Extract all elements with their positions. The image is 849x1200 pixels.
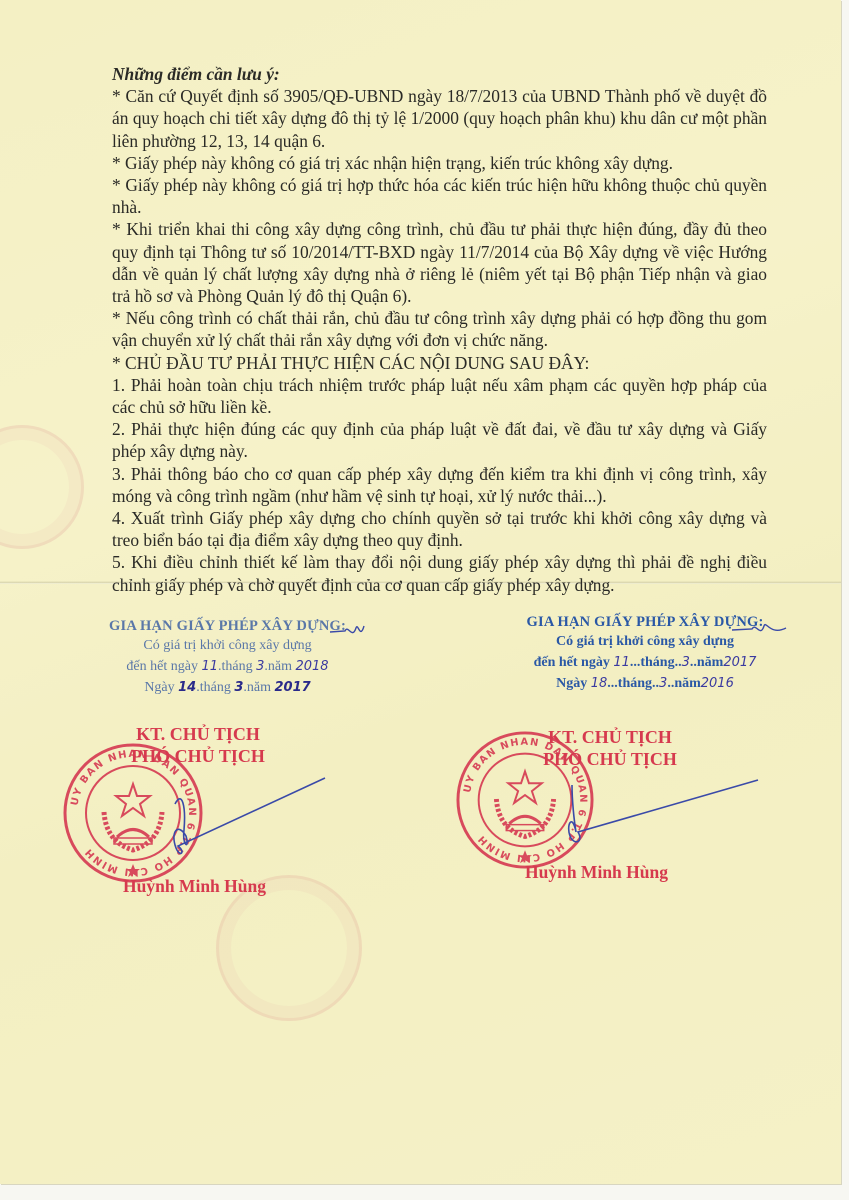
signer-title-line1: KT. CHỦ TỊCH: [520, 726, 700, 748]
date-prefix: Ngày: [556, 676, 587, 691]
month-label: ...tháng..: [630, 655, 682, 670]
requirement-item: 5. Khi điều chỉnh thiết kế làm thay đổi …: [112, 551, 767, 595]
handwritten-day: 11: [613, 655, 630, 670]
requirement-item: 4. Xuất trình Giấy phép xây dựng cho chí…: [112, 507, 767, 551]
year-label: ..năm: [667, 676, 700, 691]
notes-section: Những điểm cần lưu ý: * Căn cứ Quyết địn…: [112, 63, 767, 596]
note-paragraph: * CHỦ ĐẦU TƯ PHẢI THỰC HIỆN CÁC NỘI DUNG…: [112, 352, 767, 374]
note-paragraph: * Nếu công trình có chất thải rắn, chủ đ…: [112, 307, 767, 351]
signer-title-right: KT. CHỦ TỊCH PHÓ CHỦ TỊCH: [520, 726, 700, 770]
note-paragraph: * Khi triển khai thi công xây dựng công …: [112, 218, 767, 307]
month-label: .tháng: [218, 659, 253, 674]
note-paragraph: * Giấy phép này không có giá trị hợp thứ…: [112, 174, 767, 218]
handwritten-month: 3: [682, 655, 690, 670]
handwritten-year: 2017: [275, 680, 311, 695]
handwritten-year: 2016: [701, 676, 734, 691]
signer-title-line1: KT. CHỦ TỊCH: [108, 723, 288, 745]
extension-issue-date: Ngày 14.tháng 3.năm 2017: [95, 677, 360, 698]
month-label: ...tháng..: [607, 676, 659, 691]
requirement-item: 1. Phải hoàn toàn chịu trách nhiệm trước…: [112, 374, 767, 418]
signer-title-left: KT. CHỦ TỊCH PHÓ CHỦ TỊCH: [108, 723, 288, 767]
note-paragraph: * Giấy phép này không có giá trị xác nhậ…: [112, 152, 767, 174]
notes-heading: Những điểm cần lưu ý:: [112, 63, 767, 85]
handwritten-year: 2018: [295, 659, 328, 674]
until-prefix: đến hết ngày: [126, 659, 198, 674]
extension-stamp-left: GIA HẠN GIẤY PHÉP XÂY DỰNG: Có giá trị k…: [95, 618, 360, 698]
handwritten-year: 2017: [723, 655, 756, 670]
signer-name-right: Huỳnh Minh Hùng: [525, 862, 668, 883]
note-paragraph: * Căn cứ Quyết định số 3905/QĐ-UBND ngày…: [112, 85, 767, 152]
svg-text:UY BAN NHAN DAN QUAN 6 T.P HO: UY BAN NHAN DAN QUAN 6 T.P HO CHI MINH: [69, 749, 197, 877]
requirement-item: 3. Phải thông báo cho cơ quan cấp phép x…: [112, 463, 767, 507]
extension-valid-text: Có giá trị khởi công xây dựng: [95, 635, 360, 656]
extension-until-date: đến hết ngày 11.tháng 3.năm 2018: [95, 656, 360, 677]
signer-title-line2: PHÓ CHỦ TỊCH: [520, 748, 700, 770]
signer-title-line2: PHÓ CHỦ TỊCH: [108, 745, 288, 767]
month-label: .tháng: [196, 680, 231, 695]
extension-title: GIA HẠN GIẤY PHÉP XÂY DỰNG:: [95, 618, 360, 635]
year-label: ..năm: [690, 655, 723, 670]
extension-title: GIA HẠN GIẤY PHÉP XÂY DỰNG:: [495, 614, 795, 631]
year-label: .năm: [264, 659, 292, 674]
handwritten-day: 18: [591, 676, 608, 691]
extension-stamp-right: GIA HẠN GIẤY PHÉP XÂY DỰNG: Có giá trị k…: [495, 614, 795, 694]
year-label: .năm: [243, 680, 271, 695]
extension-valid-text: Có giá trị khởi công xây dựng: [495, 631, 795, 652]
until-prefix: đến hết ngày: [534, 655, 610, 670]
requirement-item: 2. Phải thực hiện đúng các quy định của …: [112, 418, 767, 462]
extension-until-date: đến hết ngày 11...tháng..3..năm2017: [495, 652, 795, 673]
handwritten-day: 11: [201, 659, 218, 674]
extension-issue-date: Ngày 18...tháng..3..năm2016: [495, 673, 795, 694]
signer-name-left: Huỳnh Minh Hùng: [123, 876, 266, 897]
date-prefix: Ngày: [144, 680, 174, 695]
handwritten-day: 14: [178, 680, 196, 695]
